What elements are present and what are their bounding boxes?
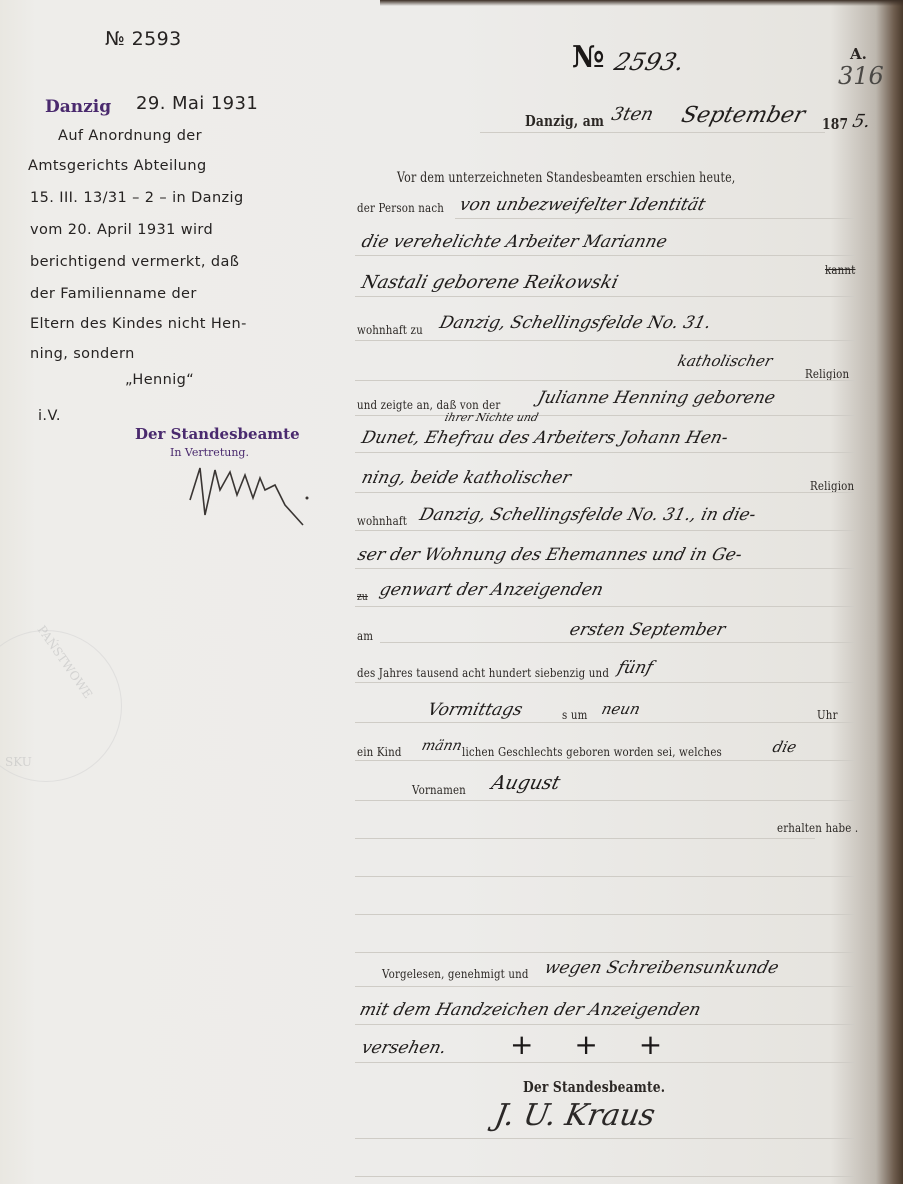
- body-line-6-hand: katholischer: [676, 352, 775, 370]
- body-line-15-hand: Vormittags: [426, 700, 525, 720]
- page-top-edge-shadow: [380, 0, 903, 6]
- handmarks-crosses: + + +: [510, 1028, 678, 1061]
- rule: [355, 1062, 855, 1063]
- body-line-10-print: wohnhaft: [357, 513, 407, 528]
- rule: [355, 800, 855, 801]
- body-line-9-hand: ning, beide katholischer: [360, 468, 573, 488]
- rule: [355, 340, 855, 341]
- rule: [355, 296, 855, 297]
- rule: [355, 415, 855, 416]
- body-line-10-hand: Danzig, Schellingsfelde No. 31., in die-: [418, 505, 758, 525]
- body-line-12-struck: zu: [357, 590, 368, 603]
- rule: [355, 952, 855, 953]
- date-year-hand: 5.: [850, 111, 872, 132]
- body-line-14-print: des Jahres tausend acht hundert siebenzi…: [357, 665, 609, 680]
- body-line-6-print: Religion: [805, 366, 849, 381]
- rule: [355, 568, 855, 569]
- body-line-2-print: der Person nach: [357, 200, 444, 215]
- date-day: 3ten: [609, 104, 655, 125]
- body-line-3-hand: die verehelichte Arbeiter Marianne: [360, 232, 670, 252]
- body-line-16-hand: männ: [420, 738, 464, 754]
- body-line-2-hand: von unbezweifelter Identität: [458, 195, 708, 215]
- body-line-7-print: und zeigte an, daß von der: [357, 397, 500, 412]
- margin-annotation-line-8: ning, sondern: [30, 346, 135, 362]
- margin-annotation-line-6: der Familienname der: [30, 286, 197, 302]
- body-line-13-print: am: [357, 628, 373, 643]
- rule: [355, 682, 855, 683]
- rule: [355, 380, 855, 381]
- child-first-name: August: [489, 772, 562, 794]
- body-line-3-struck: kannt: [825, 262, 855, 277]
- body-line-8-insert: ihrer Nichte und: [443, 411, 539, 424]
- rule: [355, 986, 855, 987]
- margin-stamp-title: Der Standesbeamte: [135, 425, 300, 443]
- rule: [355, 1024, 855, 1025]
- body-line-12-hand: genwart der Anzeigenden: [378, 580, 606, 600]
- entry-number-label: №: [572, 40, 605, 75]
- closing-hand-3: versehen.: [360, 1038, 449, 1058]
- rule: [355, 914, 855, 915]
- margin-date: 29. Mai 1931: [136, 93, 258, 114]
- body-line-11-hand: ser der Wohnung des Ehemannes und in Ge-: [356, 545, 745, 565]
- rule: [480, 132, 825, 133]
- body-line-15-print-mid: s um: [562, 707, 587, 722]
- rule: [355, 838, 815, 839]
- rule: [355, 530, 855, 531]
- rule: [355, 1176, 855, 1177]
- body-line-7-hand: Julianne Henning geborene: [536, 388, 778, 408]
- entry-number-value: 2593.: [612, 48, 688, 76]
- rule: [355, 606, 855, 607]
- body-line-18-print: erhalten habe .: [777, 820, 858, 835]
- closing-hand-2: mit dem Handzeichen der Anzeigenden: [358, 1000, 703, 1020]
- rule: [355, 255, 855, 256]
- official-signature: J. U. Kraus: [492, 1098, 658, 1133]
- rule: [355, 722, 855, 723]
- body-line-4-hand: Nastali geborene Reikowski: [359, 272, 620, 293]
- watermark-text-bottom: SKU: [5, 755, 32, 769]
- series-letter: A.: [850, 45, 867, 63]
- margin-entry-number: № 2593: [105, 28, 182, 50]
- rule: [355, 760, 855, 761]
- margin-annotation-line-3: 15. III. 13/31 – 2 – in Danzig: [30, 190, 244, 206]
- margin-signature: [185, 460, 315, 530]
- body-line-16-print-a: ein Kind: [357, 744, 402, 759]
- body-line-16-hand-2: die: [771, 738, 799, 756]
- page-number: 316: [838, 62, 884, 90]
- margin-annotation-line-5: berichtigend vermerkt, daß: [30, 254, 239, 270]
- official-title: Der Standesbeamte.: [523, 1078, 665, 1096]
- date-month: September: [679, 103, 808, 128]
- rule: [355, 452, 855, 453]
- margin-abbreviation: i.V.: [38, 408, 61, 424]
- body-line-15-print-end: Uhr: [817, 707, 838, 722]
- margin-annotation-line-7: Eltern des Kindes nicht Hen-: [30, 316, 247, 332]
- body-line-17-print: Vornamen: [412, 782, 466, 797]
- body-line-15-hand-2: neun: [600, 700, 642, 718]
- date-year-print: 187: [822, 115, 848, 133]
- margin-annotation-line-2: Amtsgerichts Abteilung: [28, 158, 207, 174]
- closing-print: Vorgelesen, genehmigt und: [382, 966, 529, 981]
- rule: [355, 492, 855, 493]
- margin-stamp-place: Danzig: [45, 97, 111, 117]
- rule: [355, 876, 855, 877]
- place-date-print: Danzig, am: [525, 112, 604, 130]
- margin-annotation-line-4: vom 20. April 1931 wird: [30, 222, 213, 238]
- body-line-5-hand: Danzig, Schellingsfelde No. 31.: [438, 313, 714, 333]
- body-line-13-hand: ersten September: [568, 620, 728, 640]
- body-line-1: Vor dem unterzeichneten Standesbeamten e…: [397, 170, 735, 186]
- rule: [380, 642, 855, 643]
- rule: [355, 1138, 855, 1139]
- margin-annotation-line-9: „Hennig“: [125, 372, 194, 388]
- closing-hand-1: wegen Schreibensunkunde: [543, 958, 781, 978]
- body-line-9-print: Religion: [810, 478, 854, 493]
- rule: [455, 218, 855, 219]
- body-line-14-hand: fünf: [616, 658, 655, 678]
- body-line-5-print: wohnhaft zu: [357, 322, 423, 337]
- margin-annotation-line-1: Auf Anordnung der: [58, 128, 202, 144]
- body-line-8-hand: Dunet, Ehefrau des Arbeiters Johann Hen-: [360, 428, 731, 448]
- margin-stamp-subtitle: In Vertretung.: [170, 446, 249, 459]
- body-line-16-print-b: lichen Geschlechts geboren worden sei, w…: [462, 744, 722, 759]
